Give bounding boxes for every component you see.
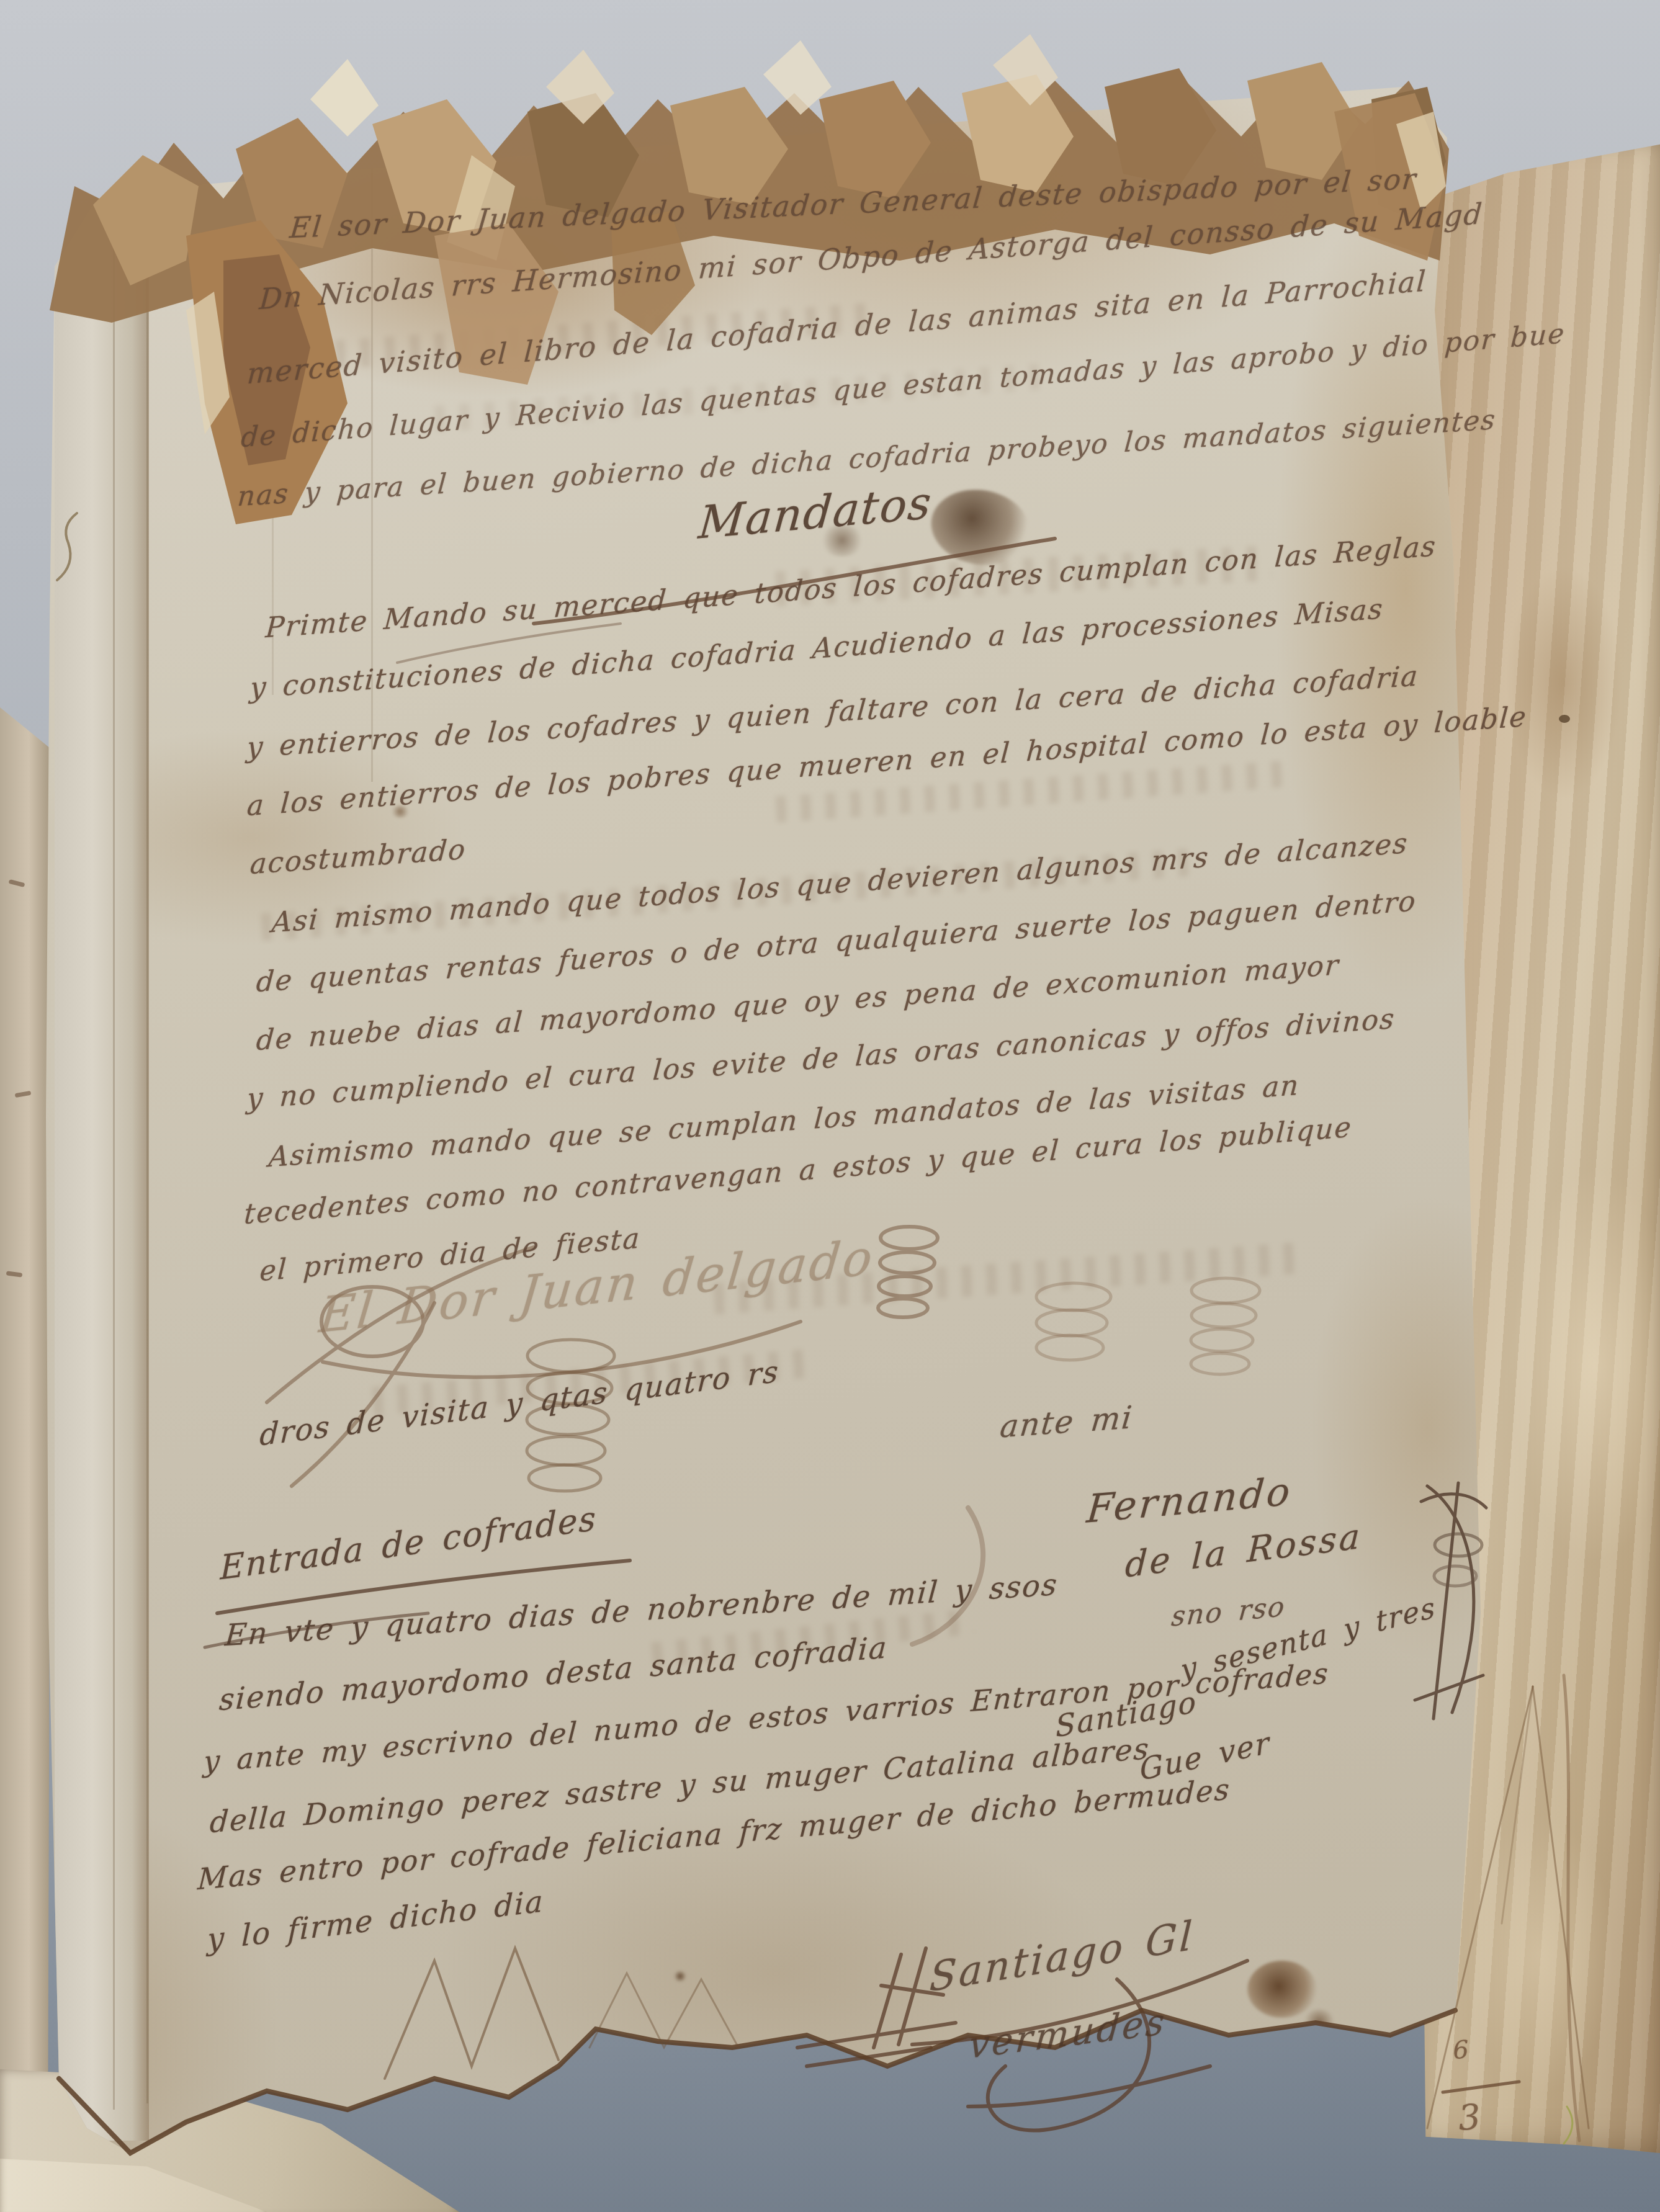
folio-mark-top: 6 bbox=[1452, 2036, 1471, 2065]
bleedthrough-rings bbox=[1036, 1278, 1260, 1374]
folio-divider bbox=[1443, 2082, 1519, 2092]
folio-mark-bottom: 3 bbox=[1457, 2097, 1483, 2138]
corner-creases bbox=[1427, 1686, 1589, 2128]
photo-of-manuscript: El sor Dor Juan delgado Visitador Genera… bbox=[0, 0, 1660, 2212]
fiber-thread bbox=[1564, 2107, 1573, 2144]
torn-bottom-edge bbox=[59, 2010, 1455, 2153]
